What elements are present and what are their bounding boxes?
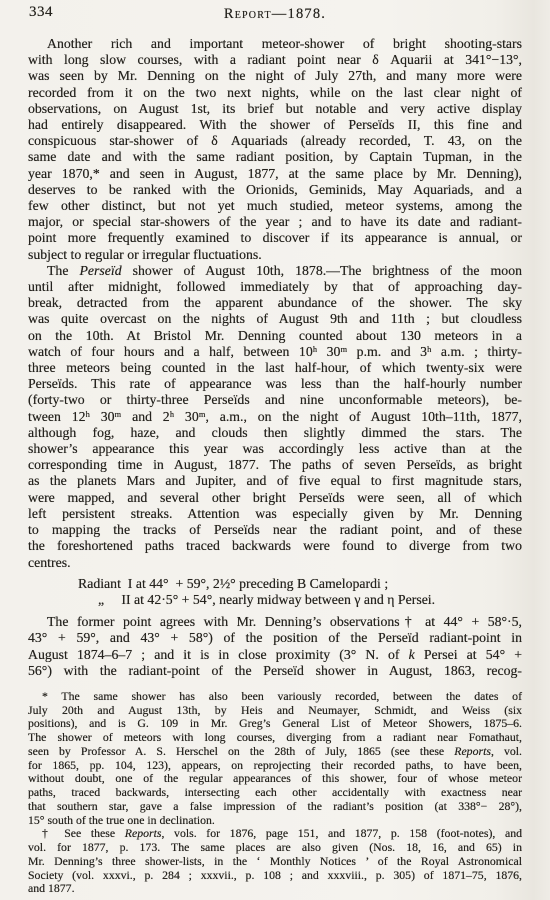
text-line: Perseïds. This rate of appearance was le… (28, 376, 522, 392)
text-line: 43° + 59°, and 43° + 58°) of the positio… (28, 630, 522, 646)
text-line: that southern star, gave a false impress… (28, 800, 522, 814)
text-line: Mr. Denning’s three shower-lists, in the… (28, 855, 522, 869)
text-line: Radiant I at 44° + 59°, 2½° preceding B … (28, 576, 522, 592)
footnotes-section: * The same shower has also been variousl… (28, 690, 522, 896)
radiant-points-list: Radiant I at 44° + 59°, 2½° preceding B … (28, 576, 522, 608)
body-paragraph-2: The Perseïd shower of August 10th, 1878.… (28, 263, 522, 571)
page-number: 334 (29, 4, 53, 21)
text-segment: August 1874–6–7 ; and it is in close pro… (28, 647, 409, 662)
text-line: on the 10th. At Bristol Mr. Denning coun… (28, 328, 522, 344)
text-column: Another rich and important meteor-shower… (28, 36, 522, 896)
text-line: were mapped, and several other bright Pe… (28, 490, 522, 506)
text-line: was seen by Mr. Denning on the night of … (28, 68, 522, 84)
text-line: deserves to be ranked with the Orionids,… (28, 182, 522, 198)
text-line: three meteors being counted in the last … (28, 360, 522, 376)
text-segment: The (47, 263, 79, 278)
text-segment: shower of August 10th, 1878.—The brightn… (122, 263, 522, 278)
text-line: was quite overcast on the nights of Augu… (28, 311, 522, 327)
text-line: 15° south of the true one in declination… (28, 814, 522, 828)
text-line: had entirely disappeared. With the showe… (28, 117, 522, 133)
text-line: without doubt, one of the regular appear… (28, 772, 522, 786)
text-segment: Persei at 54° + (415, 647, 522, 662)
text-line: same date and with the same radiant posi… (28, 149, 522, 165)
text-line: and 1877. (28, 882, 522, 896)
text-line: few other distinct, but not yet much stu… (28, 198, 522, 214)
text-line: Another rich and important meteor-shower… (28, 36, 522, 52)
text-line: 56°) with the radiant-point of the Perse… (28, 663, 522, 679)
text-line: (forty-two or thirty-three Perseïds and … (28, 392, 522, 408)
text-line: subject to regular or irregular fluctuat… (28, 247, 522, 263)
text-line: as the planets Mars and Jupiter, and of … (28, 473, 522, 489)
text-line: positions), and is G. 109 in Mr. Greg’s … (28, 717, 522, 731)
text-line: recorded from it on the two next nights,… (28, 85, 522, 101)
page-header: 334 Report—1878. (0, 0, 550, 24)
text-line: † See these Reports, vols. for 1876, pag… (28, 827, 522, 841)
text-line: major, or special star-showers of the ye… (28, 214, 522, 230)
text-segment: seen by Professor A. S. Herschel on the … (28, 744, 454, 758)
text-line: left persistent streaks. Attention was e… (28, 506, 522, 522)
italic-text: Reports (125, 826, 162, 840)
text-line: paths, traced backwards, intersecting ea… (28, 786, 522, 800)
text-line: conspicuous star-shower of δ Aquariads (… (28, 133, 522, 149)
text-line: The shower of meteors with long courses,… (28, 731, 522, 745)
footnote-dagger: † See these Reports, vols. for 1876, pag… (28, 827, 522, 896)
text-line: the foreshortened paths traced backwards… (28, 538, 522, 554)
text-segment: † See these (42, 826, 125, 840)
text-line: to mapping the tracks of Perseïds near t… (28, 522, 522, 538)
text-line: The Perseïd shower of August 10th, 1878.… (28, 263, 522, 279)
text-line: shower’s appearance this year was accord… (28, 441, 522, 457)
scanned-page: 334 Report—1878. Another rich and import… (0, 0, 550, 900)
running-title: Report—1878. (0, 6, 550, 23)
body-paragraph-1: Another rich and important meteor-shower… (28, 36, 522, 263)
text-line: Society (vol. xxxvi., p. 284 ; xxxvii., … (28, 869, 522, 883)
text-line: although fog, haze, and clouds then slig… (28, 425, 522, 441)
text-line: centres. (28, 555, 522, 571)
text-line: vol. for 1877, p. 173. The same places a… (28, 841, 522, 855)
text-line: point more frequently examined to discov… (28, 230, 522, 246)
italic-text: Reports (454, 744, 491, 758)
text-line: tween 12ʰ 30ᵐ and 2ʰ 30ᵐ, a.m., on the n… (28, 409, 522, 425)
text-line: August 1874–6–7 ; and it is in close pro… (28, 647, 522, 663)
text-line: „ II at 42·5° + 54°, nearly midway betwe… (28, 592, 522, 608)
text-line: year 1870,* and seen in August, 1877, at… (28, 166, 522, 182)
italic-text: Perseïd (79, 263, 121, 278)
text-line: break, detracted from the apparent abund… (28, 295, 522, 311)
text-line: observations, on August 1st, its brief b… (28, 101, 522, 117)
footnote-star: * The same shower has also been variousl… (28, 690, 522, 828)
text-line: * The same shower has also been variousl… (28, 690, 522, 704)
text-line: seen by Professor A. S. Herschel on the … (28, 745, 522, 759)
body-paragraph-3: The former point agrees with Mr. Denning… (28, 614, 522, 679)
text-segment: , vol. (491, 744, 522, 758)
text-line: The former point agrees with Mr. Denning… (28, 614, 522, 630)
text-line: for 1865, pp. 104, 123), appears, on rep… (28, 759, 522, 773)
text-line: with long slow courses, with a radiant p… (28, 52, 522, 68)
text-segment: , vols. for 1876, page 151, and 1877, p.… (161, 826, 522, 840)
text-line: until after midnight, followed immediate… (28, 279, 522, 295)
text-line: July 20th and August 13th, by Heis and N… (28, 704, 522, 718)
text-line: watch of four hours and a half, between … (28, 344, 522, 360)
text-line: corresponding time in August, 1877. The … (28, 457, 522, 473)
